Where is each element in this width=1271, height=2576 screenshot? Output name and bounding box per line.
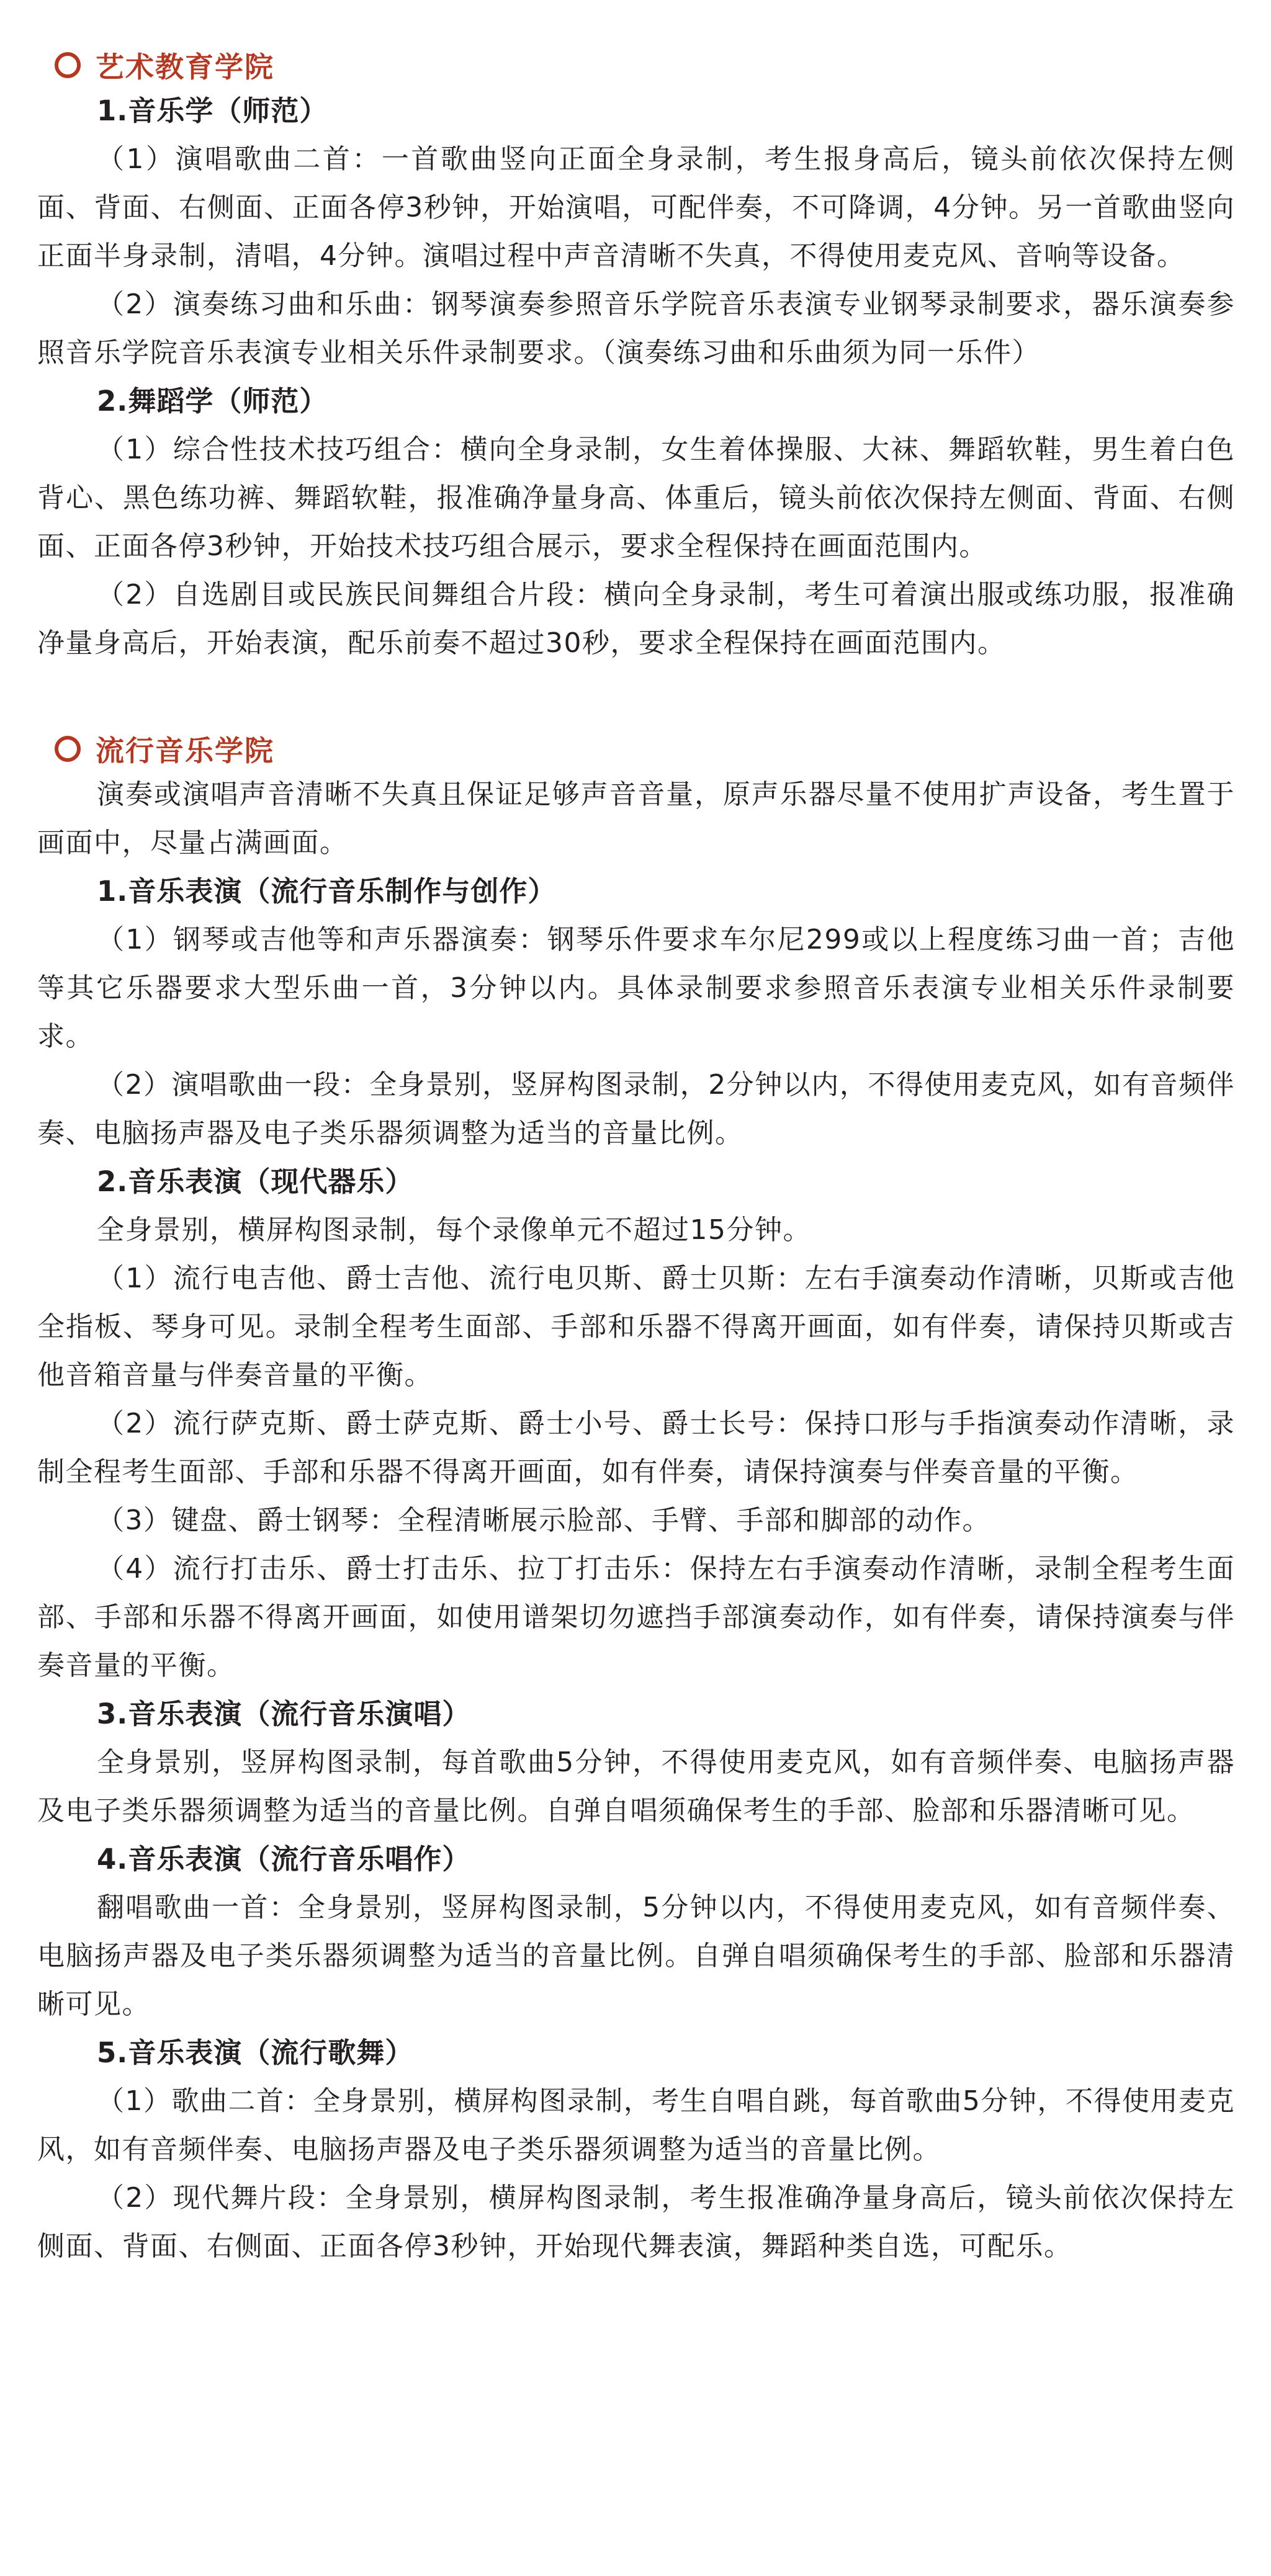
sub-heading: 2.舞蹈学（师范） [97,377,1235,426]
paragraph: （2）流行萨克斯、爵士萨克斯、爵士小号、爵士长号：保持口形与手指演奏动作清晰，录… [37,1400,1235,1496]
section-pop-music: 流行音乐学院 演奏或演唱声音清晰不失真且保证足够声音音量，原声乐器尽量不使用扩声… [37,727,1235,2271]
paragraph: 全身景别，横屏构图录制，每个录像单元不超过15分钟。 [37,1206,1235,1254]
circle-icon [55,52,81,78]
section-art-education: 艺术教育学院 1.音乐学（师范） （1）演唱歌曲二首：一首歌曲竖向正面全身录制，… [37,43,1235,668]
sub-heading: 3.音乐表演（流行音乐演唱） [97,1690,1235,1738]
paragraph: （2）现代舞片段：全身景别，横屏构图录制，考生报准确净量身高后，镜头前依次保持左… [37,2174,1235,2271]
sub-heading: 2.音乐表演（现代器乐） [97,1158,1235,1206]
circle-icon [55,736,81,762]
section-divider-space [37,668,1235,727]
paragraph: 演奏或演唱声音清晰不失真且保证足够声音音量，原声乐器尽量不使用扩声设备，考生置于… [37,771,1235,867]
section-title-text: 艺术教育学院 [96,45,274,86]
paragraph: 翻唱歌曲一首：全身景别，竖屏构图录制，5分钟以内，不得使用麦克风，如有音频伴奏、… [37,1884,1235,2029]
document-page: 艺术教育学院 1.音乐学（师范） （1）演唱歌曲二首：一首歌曲竖向正面全身录制，… [0,0,1271,2271]
section-title: 流行音乐学院 [55,727,1235,771]
paragraph: （2）自选剧目或民族民间舞组合片段：横向全身录制，考生可着演出服或练功服，报准确… [37,571,1235,668]
sub-heading: 1.音乐学（师范） [97,87,1235,135]
section-title: 艺术教育学院 [55,43,1235,87]
paragraph: （3）键盘、爵士钢琴：全程清晰展示脸部、手臂、手部和脚部的动作。 [37,1496,1235,1545]
sub-heading: 4.音乐表演（流行音乐唱作） [97,1835,1235,1884]
paragraph: （2）演奏练习曲和乐曲：钢琴演奏参照音乐学院音乐表演专业钢琴录制要求，器乐演奏参… [37,280,1235,377]
paragraph: （1）综合性技术技巧组合：横向全身录制，女生着体操服、大袜、舞蹈软鞋，男生着白色… [37,426,1235,571]
paragraph: （1）流行电吉他、爵士吉他、流行电贝斯、爵士贝斯：左右手演奏动作清晰，贝斯或吉他… [37,1254,1235,1400]
paragraph: （4）流行打击乐、爵士打击乐、拉丁打击乐：保持左右手演奏动作清晰，录制全程考生面… [37,1545,1235,1690]
section-title-text: 流行音乐学院 [96,728,274,769]
paragraph: （1）演唱歌曲二首：一首歌曲竖向正面全身录制，考生报身高后，镜头前依次保持左侧面… [37,135,1235,280]
paragraph: （1）歌曲二首：全身景别，横屏构图录制，考生自唱自跳，每首歌曲5分钟，不得使用麦… [37,2077,1235,2174]
sub-heading: 1.音乐表演（流行音乐制作与创作） [97,867,1235,916]
sub-heading: 5.音乐表演（流行歌舞） [97,2029,1235,2077]
paragraph: 全身景别，竖屏构图录制，每首歌曲5分钟，不得使用麦克风，如有音频伴奏、电脑扬声器… [37,1738,1235,1835]
paragraph: （1）钢琴或吉他等和声乐器演奏：钢琴乐件要求车尔尼299或以上程度练习曲一首；吉… [37,916,1235,1061]
paragraph: （2）演唱歌曲一段：全身景别，竖屏构图录制，2分钟以内，不得使用麦克风，如有音频… [37,1061,1235,1158]
